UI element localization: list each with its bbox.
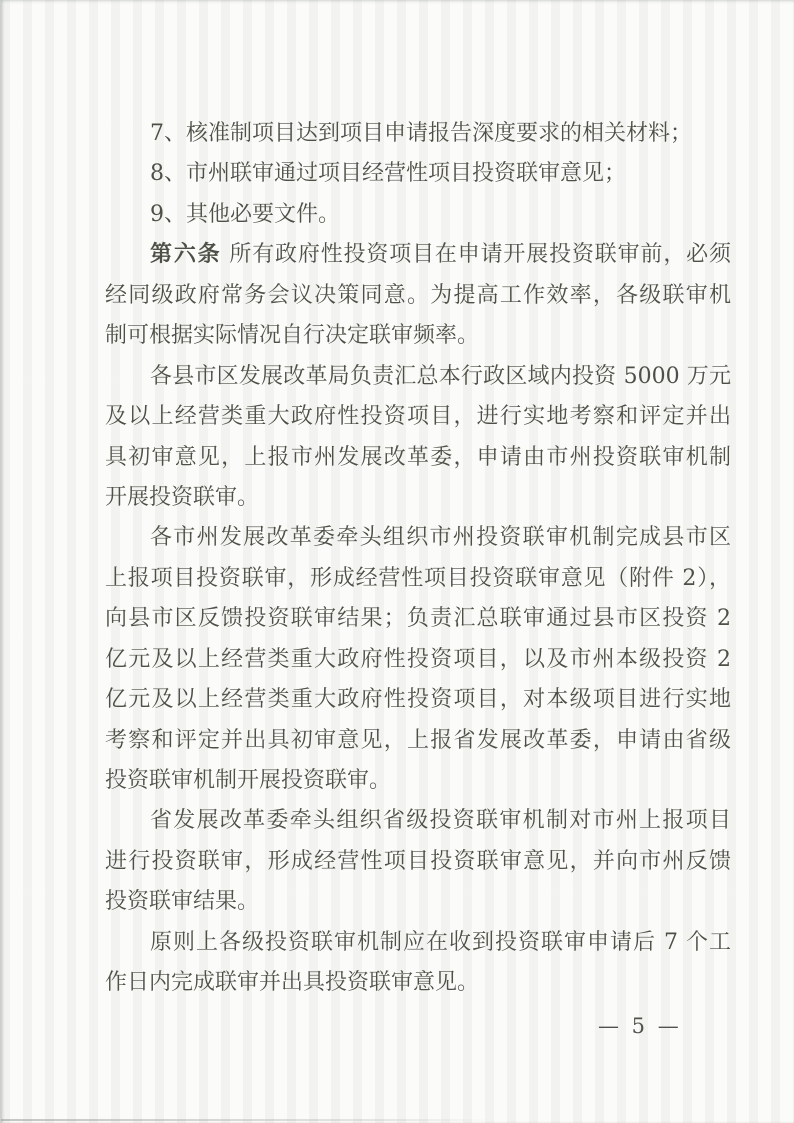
- text-line: 7、核准制项目达到项目申请报告深度要求的相关材料；: [105, 114, 731, 154]
- list-item-9: 9、其他必要文件。: [105, 195, 731, 235]
- page-number: — 5 —: [598, 1014, 682, 1038]
- list-item-7: 7、核准制项目达到项目申请报告深度要求的相关材料；: [105, 114, 731, 154]
- article-number: 第六条: [150, 242, 222, 267]
- text-line: 具初审意见，上报市州发展改革委，申请由市州投资联审机制: [105, 438, 731, 478]
- text-line: 原则上各级投资联审机制应在收到投资联审申请后 7 个工: [105, 923, 731, 963]
- text-line: 经同级政府常务会议决策同意。为提高工作效率，各级联审机: [105, 276, 731, 316]
- text-line: 向县市区反馈投资联审结果；负责汇总联审通过县市区投资 2: [105, 599, 731, 639]
- paragraph-province-level: 省发展改革委牵头组织省级投资联审机制对市州上报项目进行投资联审，形成经营性项目投…: [105, 801, 731, 922]
- text-line: 开展投资联审。: [105, 478, 731, 518]
- paragraph-time-limit: 原则上各级投资联审机制应在收到投资联审申请后 7 个工作日内完成联审并出具投资联…: [105, 923, 731, 1004]
- text-line: 考察和评定并出具初审意见，上报省发展改革委，申请由省级: [105, 721, 731, 761]
- text-line: 制可根据实际情况自行决定联审频率。: [105, 316, 731, 356]
- text-line: 第六条 所有政府性投资项目在申请开展投资联审前，必须: [105, 235, 731, 275]
- text-line: 各县市区发展改革局负责汇总本行政区域内投资 5000 万元: [105, 357, 731, 397]
- list-item-8: 8、市州联审通过项目经营性项目投资联审意见；: [105, 154, 731, 194]
- text-line: 作日内完成联审并出具投资联审意见。: [105, 963, 731, 1003]
- text-line: 8、市州联审通过项目经营性项目投资联审意见；: [105, 154, 731, 194]
- scan-edge-artifact: [1, 1119, 493, 1121]
- text-line: 上报项目投资联审，形成经营性项目投资联审意见（附件 2），: [105, 559, 731, 599]
- text-line: 省发展改革委牵头组织省级投资联审机制对市州上报项目: [105, 801, 731, 841]
- paragraph-county-level: 各县市区发展改革局负责汇总本行政区域内投资 5000 万元及以上经营类重大政府性…: [105, 357, 731, 519]
- text-line: 亿元及以上经营类重大政府性投资项目，对本级项目进行实地: [105, 680, 731, 720]
- document-body: 7、核准制项目达到项目申请报告深度要求的相关材料；8、市州联审通过项目经营性项目…: [105, 114, 731, 1004]
- document-page: 7、核准制项目达到项目申请报告深度要求的相关材料；8、市州联审通过项目经营性项目…: [0, 0, 794, 1123]
- text-line: 投资联审机制开展投资联审。: [105, 761, 731, 801]
- text-line: 进行投资联审，形成经营性项目投资联审意见，并向市州反馈: [105, 842, 731, 882]
- article-6-paragraph: 第六条 所有政府性投资项目在申请开展投资联审前，必须经同级政府常务会议决策同意。…: [105, 235, 731, 356]
- text-line: 投资联审结果。: [105, 882, 731, 922]
- text-line: 9、其他必要文件。: [105, 195, 731, 235]
- paragraph-city-level: 各市州发展改革委牵头组织市州投资联审机制完成县市区上报项目投资联审，形成经营性项…: [105, 518, 731, 801]
- text-line: 及以上经营类重大政府性投资项目，进行实地考察和评定并出: [105, 397, 731, 437]
- text-line: 各市州发展改革委牵头组织市州投资联审机制完成县市区: [105, 518, 731, 558]
- text-line: 亿元及以上经营类重大政府性投资项目，以及市州本级投资 2: [105, 640, 731, 680]
